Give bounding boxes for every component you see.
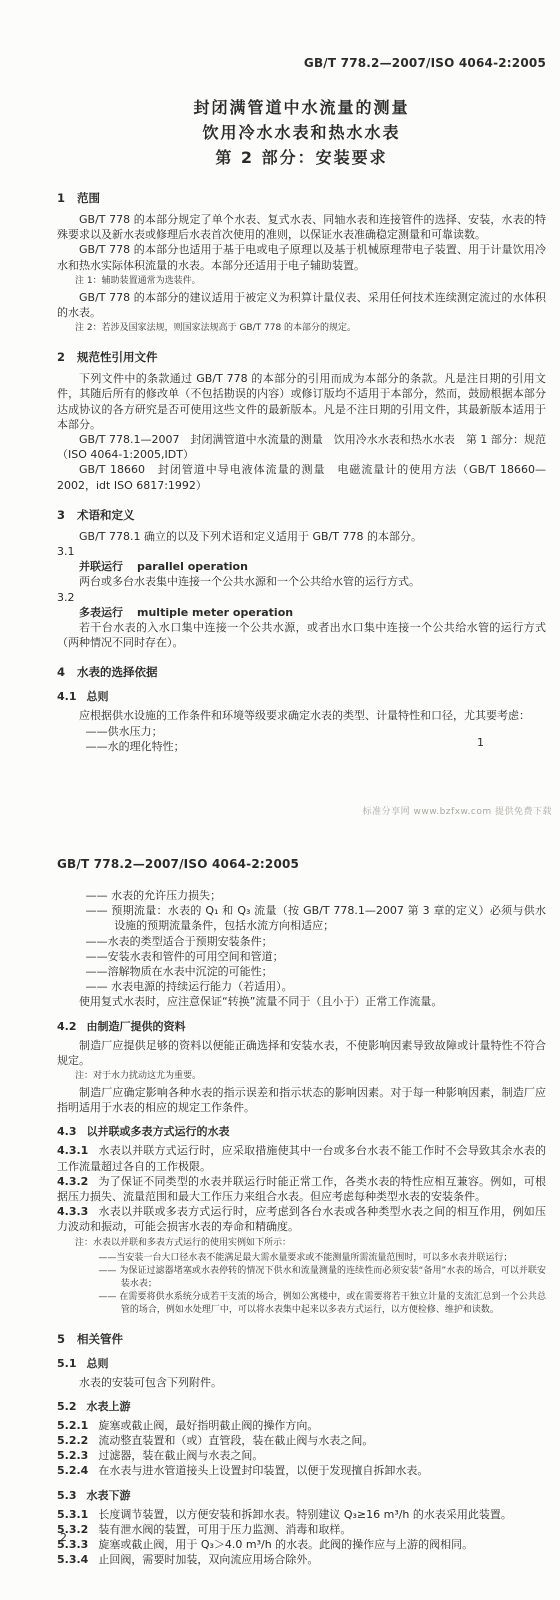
section-4-heading: 4水表的选择依据 [57, 664, 546, 680]
term-3-1-chinese: 并联运行 [79, 560, 123, 573]
section-5-2-number: 5.2 [57, 1400, 77, 1413]
clause-5-2-1-text: 旋塞或截止阀，最好指明截止阀的操作方向。 [98, 1419, 318, 1432]
term-3-1-title: 并联运行parallel operation [57, 559, 546, 574]
section-2-heading: 2规范性引用文件 [57, 349, 546, 365]
list-item: —— 预期流量：水表的 Q₁ 和 Q₃ 流量（按 GB/T 778.1—2007… [86, 903, 546, 933]
section-4-3-title: 以并联或多表方式运行的水表 [87, 1125, 230, 1138]
clause-5-3-2-text: 装有泄水阀的装置，可用于压力监测、消毒和取样。 [98, 1523, 351, 1536]
clause-4-3-2-number: 4.3.2 [57, 1175, 88, 1188]
clause-5-2-4-text: 在水表与进水管道接头上设置封印装置，以便于发现擅自拆卸水表。 [98, 1464, 428, 1477]
clause-5-3-1-text: 长度调节装置，以方便安装和拆卸水表。特别建议 Q₃≥16 m³/h 的水表采用此… [98, 1508, 512, 1521]
clause-5-2-2-number: 5.2.2 [57, 1434, 88, 1447]
section-4-number: 4 [57, 665, 65, 679]
clause-4-3-3: 4.3.3水表以并联或多表方式运行时，应考虑到各台水表或各种类型水表之间的相互作… [57, 1204, 546, 1234]
section-4-2-heading: 4.2由制造厂提供的资料 [57, 1019, 546, 1034]
section-4-2-paragraph-1: 制造厂应提供足够的资料以便能正确选择和安装水表，不使影响因素导致故障或计量特性不… [57, 1038, 546, 1068]
term-3-2-definition: 若干台水表的入水口集中连接一个公共水源，或者出水口集中连接一个公共给水管的运行方… [57, 620, 546, 650]
section-5-title: 相关管件 [77, 1332, 123, 1346]
clause-5-3-4-number: 5.3.4 [57, 1553, 88, 1566]
clause-4-3-1-number: 4.3.1 [57, 1144, 88, 1157]
list-item: —— 水表的允许压力损失； [86, 888, 546, 903]
clause-5-2-2: 5.2.2流动整直装置和（或）直管段，装在截止阀与水表之间。 [57, 1433, 546, 1448]
section-2-paragraph-1: 下列文件中的条款通过 GB/T 778 的本部分的引用而成为本部分的条款。凡是注… [57, 371, 546, 432]
standard-code-header: GB/T 778.2—2007/ISO 4064-2:2005 [57, 0, 546, 71]
multi-meter-note-heading: 注：水表以并联和多表方式运行的使用实例如下所示： [75, 1237, 546, 1250]
section-4-2-title: 由制造厂提供的资料 [87, 1020, 186, 1033]
title-line-2: 饮用冷水水表和热水水表 [57, 120, 546, 145]
section-4-1-paragraph: 应根据供水设施的工作条件和环境等级要求确定水表的类型、计量特性和口径，尤其要考虑… [57, 708, 546, 723]
clause-4-3-2: 4.3.2为了保证不同类型的水表并联运行时能正常工作，各类水表的特性应相互兼容。… [57, 1174, 546, 1204]
note-list-item: —— 为保证过滤器堵塞或水表停转的情况下供水和流量测量的连续性而必须安装“备用”… [98, 1265, 546, 1291]
clause-5-2-1: 5.2.1旋塞或截止阀，最好指明截止阀的操作方向。 [57, 1418, 546, 1433]
clause-5-3-2: 5.3.2装有泄水阀的装置，可用于压力监测、消毒和取样。 [57, 1522, 546, 1537]
page-number-2: 2 [60, 1531, 67, 1544]
section-2-number: 2 [57, 350, 65, 364]
clause-5-2-1-number: 5.2.1 [57, 1419, 88, 1432]
clause-5-3-3-text: 旋塞或截止阀，用于 Q₃＞4.0 m³/h 的水表。此阀的操作应与上游的阀相同。 [98, 1538, 473, 1551]
list-item: ——溶解物质在水表中沉淀的可能性； [86, 964, 546, 979]
term-3-2-title: 多表运行multiple meter operation [57, 605, 546, 620]
normative-reference-1: GB/T 778.1—2007 封闭满管道中水流量的测量 饮用冷水水表和热水水表… [57, 432, 546, 462]
section-4-3-number: 4.3 [57, 1125, 77, 1138]
section-5-2-title: 水表上游 [87, 1400, 131, 1413]
watermark-text: 标准分享网 www.bzfxw.com 提供免费下载 [363, 804, 552, 817]
section-4-1-title: 总则 [87, 690, 109, 703]
page-number-1: 1 [477, 736, 484, 749]
standard-code-header: GB/T 778.2—2007/ISO 4064-2:2005 [57, 845, 546, 872]
term-3-2-number: 3.2 [57, 590, 546, 605]
section-5-heading: 5相关管件 [57, 1331, 546, 1347]
section-4-2-paragraph-2: 制造厂应确定影响各种水表的指示误差和指示状态的影响因素。对于每一种影响因素，制造… [57, 1085, 546, 1115]
section-1-number: 1 [57, 191, 65, 205]
clause-5-2-3-number: 5.2.3 [57, 1449, 88, 1462]
section-5-1-paragraph: 水表的安装可包含下列附件。 [57, 1375, 546, 1390]
term-3-2-chinese: 多表运行 [79, 606, 123, 619]
clause-4-3-2-text: 为了保证不同类型的水表并联运行时能正常工作，各类水表的特性应相互兼容。例如，可根… [57, 1175, 546, 1203]
title-line-1: 封闭满管道中水流量的测量 [57, 95, 546, 120]
list-item: —— 水表电源的持续运行能力（若适用）。 [86, 979, 546, 994]
section-3-number: 3 [57, 508, 65, 522]
section-3-heading: 3术语和定义 [57, 507, 546, 523]
section-5-1-title: 总则 [87, 1357, 109, 1370]
section-1-paragraph-1: GB/T 778 的本部分规定了单个水表、复式水表、同轴水表和连接管件的选择、安… [57, 212, 546, 242]
section-1-paragraph-2: GB/T 778 的本部分也适用于基于电或电子原理以及基于机械原理带电子装置、用… [57, 242, 546, 272]
section-1-paragraph-3: GB/T 778 的本部分的建议适用于被定义为积算计量仪表、采用任何技术连续测定… [57, 290, 546, 320]
section-1-heading: 1范围 [57, 190, 546, 206]
section-5-3-heading: 5.3水表下游 [57, 1488, 546, 1503]
page-2: GB/T 778.2—2007/ISO 4064-2:2005 —— 水表的允许… [0, 845, 560, 1600]
clause-5-2-4: 5.2.4在水表与进水管道接头上设置封印装置，以便于发现擅自拆卸水表。 [57, 1463, 546, 1478]
section-4-1-number: 4.1 [57, 690, 77, 703]
clause-5-3-1-number: 5.3.1 [57, 1508, 88, 1521]
page-1: GB/T 778.2—2007/ISO 4064-2:2005 封闭满管道中水流… [0, 0, 560, 845]
clause-5-3-4: 5.3.4止回阀，需要时加装，双向流应用场合除外。 [57, 1552, 546, 1567]
page-2-content: GB/T 778.2—2007/ISO 4064-2:2005 —— 水表的允许… [0, 845, 560, 1567]
note-list-item: ——当安装一台大口径水表不能满足最大需水量要求或不能测量所需流量范围时，可以多水… [98, 1252, 546, 1265]
term-3-2-english: multiple meter operation [137, 606, 293, 619]
section-1-title: 范围 [77, 191, 100, 205]
clause-5-3-1: 5.3.1长度调节装置，以方便安装和拆卸水表。特别建议 Q₃≥16 m³/h 的… [57, 1507, 546, 1522]
clause-5-2-3-text: 过滤器，装在截止阀与水表之间。 [98, 1449, 263, 1462]
scanned-standard-document: { "watermark": "标准分享网 www.bzfxw.com 提供免费… [0, 0, 560, 1600]
normative-reference-2: GB/T 18660 封闭管道中导电液体流量的测量 电磁流量计的使用方法（GB/… [57, 462, 546, 492]
section-5-1-heading: 5.1总则 [57, 1356, 546, 1371]
section-4-title: 水表的选择依据 [77, 665, 158, 679]
clause-5-2-3: 5.2.3过滤器，装在截止阀与水表之间。 [57, 1448, 546, 1463]
list-item: ——水表的类型适合于预期安装条件； [86, 934, 546, 949]
section-4-2-number: 4.2 [57, 1020, 77, 1033]
section-5-number: 5 [57, 1332, 65, 1346]
title-line-3: 第 2 部分：安装要求 [57, 145, 546, 170]
term-3-1-english: parallel operation [137, 560, 248, 573]
clause-4-3-1-text: 水表以并联方式运行时，应采取措施使其中一台或多台水表不能工作时不会导致其余水表的… [57, 1144, 546, 1172]
section-5-2-heading: 5.2水表上游 [57, 1399, 546, 1414]
term-3-1-number: 3.1 [57, 544, 546, 559]
section-5-1-number: 5.1 [57, 1357, 77, 1370]
note-list-item: —— 在需要将供水系统分成若干支流的场合，例如公寓楼中，或在需要将若干独立计量的… [98, 1291, 546, 1317]
section-5-3-number: 5.3 [57, 1489, 77, 1502]
section-2-title: 规范性引用文件 [77, 350, 158, 364]
clause-5-2-4-number: 5.2.4 [57, 1464, 88, 1477]
section-1-note-2: 注 2：若涉及国家法规，则国家法规高于 GB/T 778 的本部分的规定。 [75, 322, 546, 335]
section-4-2-note: 注：对于水力扰动这尤为重要。 [75, 1070, 546, 1083]
selection-criteria-list: —— 水表的允许压力损失； —— 预期流量：水表的 Q₁ 和 Q₃ 流量（按 G… [57, 888, 546, 994]
section-1-note-1: 注 1：辅助装置通常为选装件。 [75, 275, 546, 288]
section-4-1-heading: 4.1总则 [57, 689, 546, 704]
compound-meter-paragraph: 使用复式水表时，应注意保证“转换”流量不同于（且小于）正常工作流量。 [57, 994, 546, 1009]
term-3-1-definition: 两台或多台水表集中连接一个公共水源和一个公共给水管的运行方式。 [57, 574, 546, 589]
clause-4-3-1: 4.3.1水表以并联方式运行时，应采取措施使其中一台或多台水表不能工作时不会导致… [57, 1143, 546, 1173]
section-3-paragraph-1: GB/T 778.1 确立的以及下列术语和定义适用于 GB/T 778 的本部分… [57, 529, 546, 544]
clause-4-3-3-number: 4.3.3 [57, 1205, 88, 1218]
section-3-title: 术语和定义 [77, 508, 135, 522]
clause-4-3-3-text: 水表以并联或多表方式运行时，应考虑到各台水表或各种类型水表之间的相互作用，例如压… [57, 1205, 546, 1233]
section-4-3-heading: 4.3以并联或多表方式运行的水表 [57, 1124, 546, 1139]
document-title: 封闭满管道中水流量的测量 饮用冷水水表和热水水表 第 2 部分：安装要求 [57, 95, 546, 170]
clause-5-2-2-text: 流动整直装置和（或）直管段，装在截止阀与水表之间。 [98, 1434, 373, 1447]
page-1-content: GB/T 778.2—2007/ISO 4064-2:2005 封闭满管道中水流… [0, 0, 560, 754]
section-5-3-title: 水表下游 [87, 1489, 131, 1502]
list-item: ——安装水表和管件的可用空间和管道； [86, 949, 546, 964]
clause-5-3-3: 5.3.3旋塞或截止阀，用于 Q₃＞4.0 m³/h 的水表。此阀的操作应与上游… [57, 1537, 546, 1552]
clause-5-3-4-text: 止回阀，需要时加装，双向流应用场合除外。 [98, 1553, 318, 1566]
